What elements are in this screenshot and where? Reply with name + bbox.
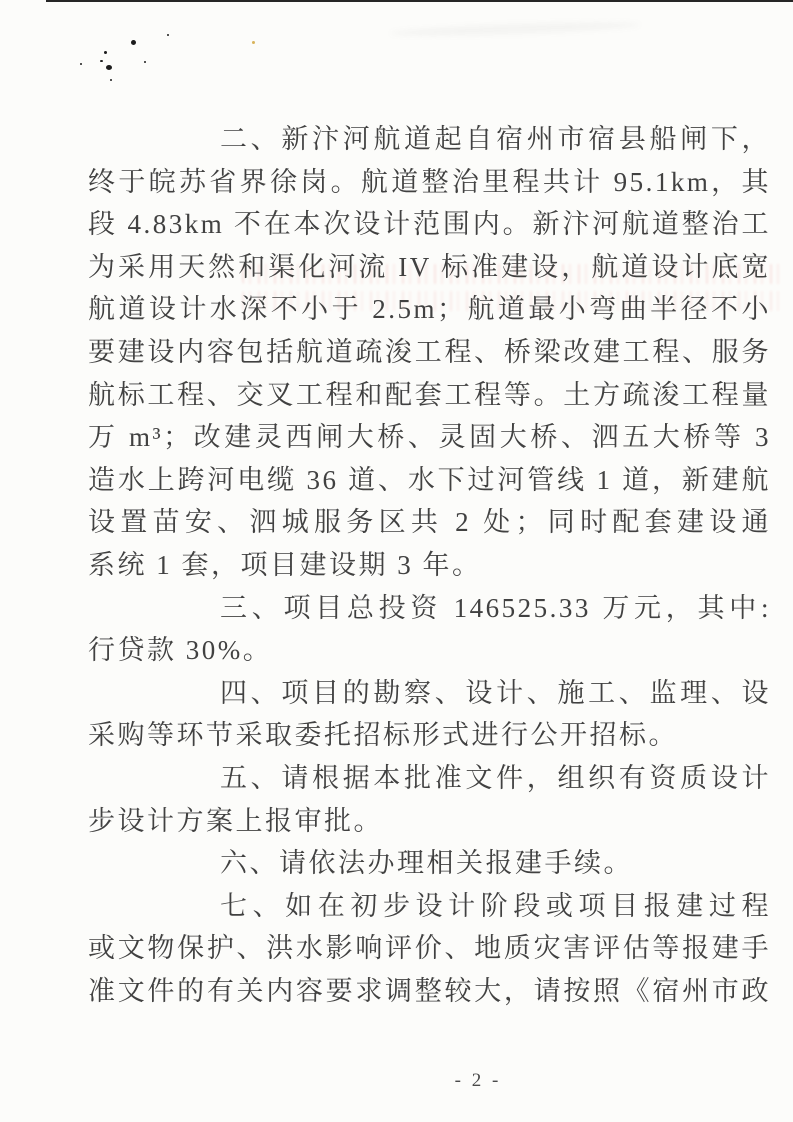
ink-speck bbox=[144, 61, 146, 63]
ink-speck bbox=[131, 40, 136, 45]
scan-top-edge bbox=[46, 0, 793, 2]
doc-line: 段 4.83km 不在本次设计范围内。新汴河航道整治工程建设规模 bbox=[88, 203, 771, 246]
ink-speck bbox=[100, 60, 103, 62]
doc-line: 航标工程、交叉工程和配套工程等。土方疏浚工程量 907.641 bbox=[88, 374, 771, 417]
ink-speck bbox=[104, 51, 107, 54]
doc-line: 七、如在初步设计阶段或项目报建过程中，初步设计方案 bbox=[88, 885, 771, 928]
doc-line: 五、请根据本批准文件，组织有资质设计单位编制项目初 bbox=[88, 757, 771, 800]
doc-line: 为采用天然和渠化河流 IV 标准建设，航道设计底宽不少于 50m; bbox=[88, 246, 771, 289]
doc-line: 六、请依法办理相关报建手续。 bbox=[88, 842, 771, 885]
doc-line: 采购等环节采取委托招标形式进行公开招标。 bbox=[88, 714, 771, 757]
scan-smudge bbox=[390, 20, 640, 39]
doc-line: 航道设计水深不小于 2.5m；航道最小弯曲半径不小于 330m。主 bbox=[88, 288, 771, 331]
doc-line: 或文物保护、洪水影响评价、地质灾害评估等报建手续对本批 bbox=[88, 927, 771, 970]
document-text: 二、新汴河航道起自宿州市宿县船闸下，经灵璧、泗县， 终于皖苏省界徐岗。航道整治里… bbox=[88, 118, 771, 1012]
doc-line: 行贷款 30%。 bbox=[88, 629, 771, 672]
doc-line: 万 m³；改建灵西闸大桥、灵固大桥、泗五大桥等 3 座桥梁；改 bbox=[88, 416, 771, 459]
doc-line: 四、项目的勘察、设计、施工、监理、设备及重要原材料 bbox=[88, 672, 771, 715]
doc-line: 造水上跨河电缆 36 道、水下过河管线 1 道，新建航标 66 座； bbox=[88, 459, 771, 502]
doc-line: 准文件的有关内容要求调整较大，请按照《宿州市政府投资项 bbox=[88, 970, 771, 1013]
page-number: - 2 - bbox=[430, 1070, 526, 1092]
doc-line: 设置苗安、泗城服务区共 2 处；同时配套建设通信、视频监控 bbox=[88, 501, 771, 544]
ink-speck bbox=[110, 79, 112, 81]
ink-speck bbox=[167, 34, 169, 36]
doc-line: 三、项目总投资 146525.33 万元，其中: 自筹资金 70%，银 bbox=[88, 587, 771, 630]
scanned-document-page: { "page": { "number": "- 2 -" }, "colors… bbox=[0, 0, 793, 1122]
doc-line: 要建设内容包括航道疏浚工程、桥梁改建工程、服务区工程、 bbox=[88, 331, 771, 374]
ink-speck bbox=[80, 63, 82, 65]
doc-line: 二、新汴河航道起自宿州市宿县船闸下，经灵璧、泗县， bbox=[88, 118, 771, 161]
doc-line: 步设计方案上报审批。 bbox=[88, 800, 771, 843]
doc-line: 终于皖苏省界徐岗。航道整治里程共计 95.1km，其中灵璧船闸 bbox=[88, 161, 771, 204]
ink-speck bbox=[106, 65, 112, 70]
dust-speck bbox=[252, 41, 255, 44]
doc-line: 系统 1 套，项目建设期 3 年。 bbox=[88, 544, 771, 587]
